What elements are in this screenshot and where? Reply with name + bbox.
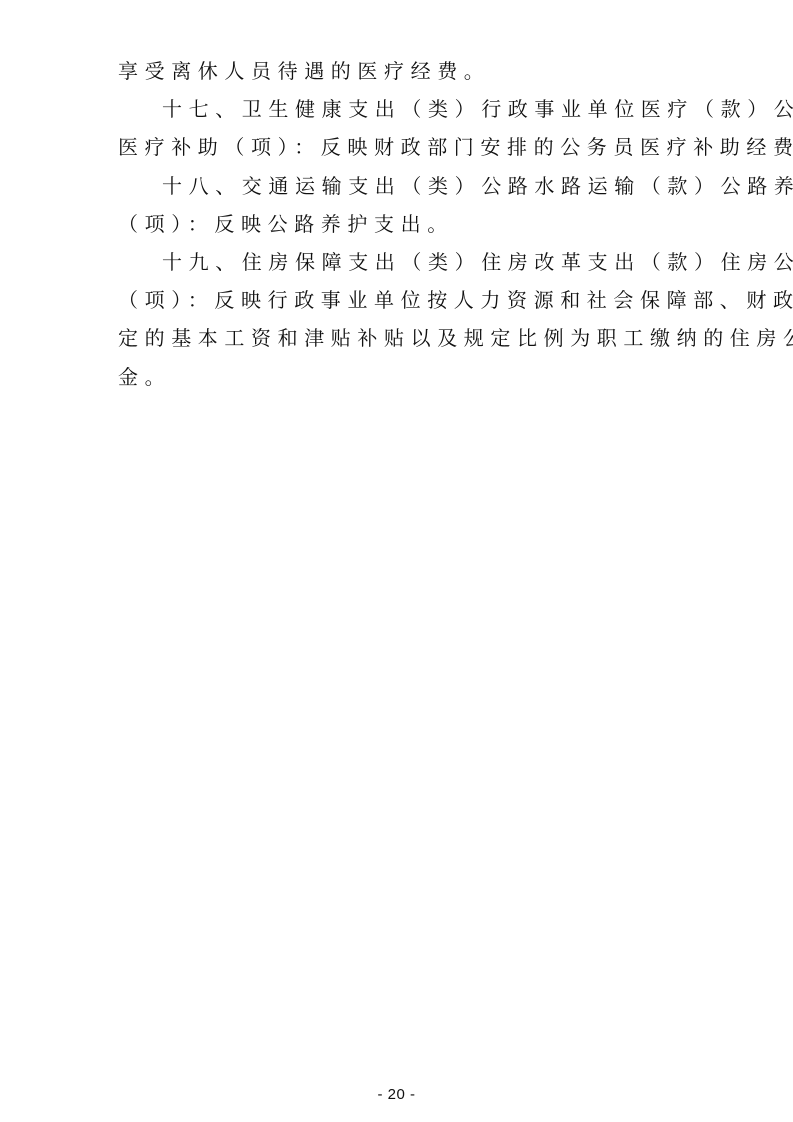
text-line: 定的基本工资和津贴补贴以及规定比例为职工缴纳的住房公积 — [118, 319, 680, 357]
text-line: （项）：反映公路养护支出。 — [118, 205, 680, 243]
paragraph-item-18: 十八、交通运输支出（类）公路水路运输（款）公路养护 （项）：反映公路养护支出。 — [118, 167, 680, 243]
text-line: 医疗补助（项）：反映财政部门安排的公务员医疗补助经费。 — [118, 128, 680, 166]
paragraph-continuation: 享受离休人员待遇的医疗经费。 — [118, 52, 680, 90]
text-line: 十八、交通运输支出（类）公路水路运输（款）公路养护 — [118, 167, 680, 205]
text-line: 十七、卫生健康支出（类）行政事业单位医疗（款）公务员 — [118, 90, 680, 128]
text-line: 享受离休人员待遇的医疗经费。 — [118, 52, 680, 90]
paragraph-item-19: 十九、住房保障支出（类）住房改革支出（款）住房公积金 （项）：反映行政事业单位按… — [118, 243, 680, 396]
text-line: 十九、住房保障支出（类）住房改革支出（款）住房公积金 — [118, 243, 680, 281]
document-body: 享受离休人员待遇的医疗经费。 十七、卫生健康支出（类）行政事业单位医疗（款）公务… — [118, 52, 680, 396]
text-line: （项）：反映行政事业单位按人力资源和社会保障部、财政部规 — [118, 281, 680, 319]
page-number: - 20 - — [0, 1086, 793, 1103]
paragraph-item-17: 十七、卫生健康支出（类）行政事业单位医疗（款）公务员 医疗补助（项）：反映财政部… — [118, 90, 680, 166]
text-line: 金。 — [118, 358, 680, 396]
